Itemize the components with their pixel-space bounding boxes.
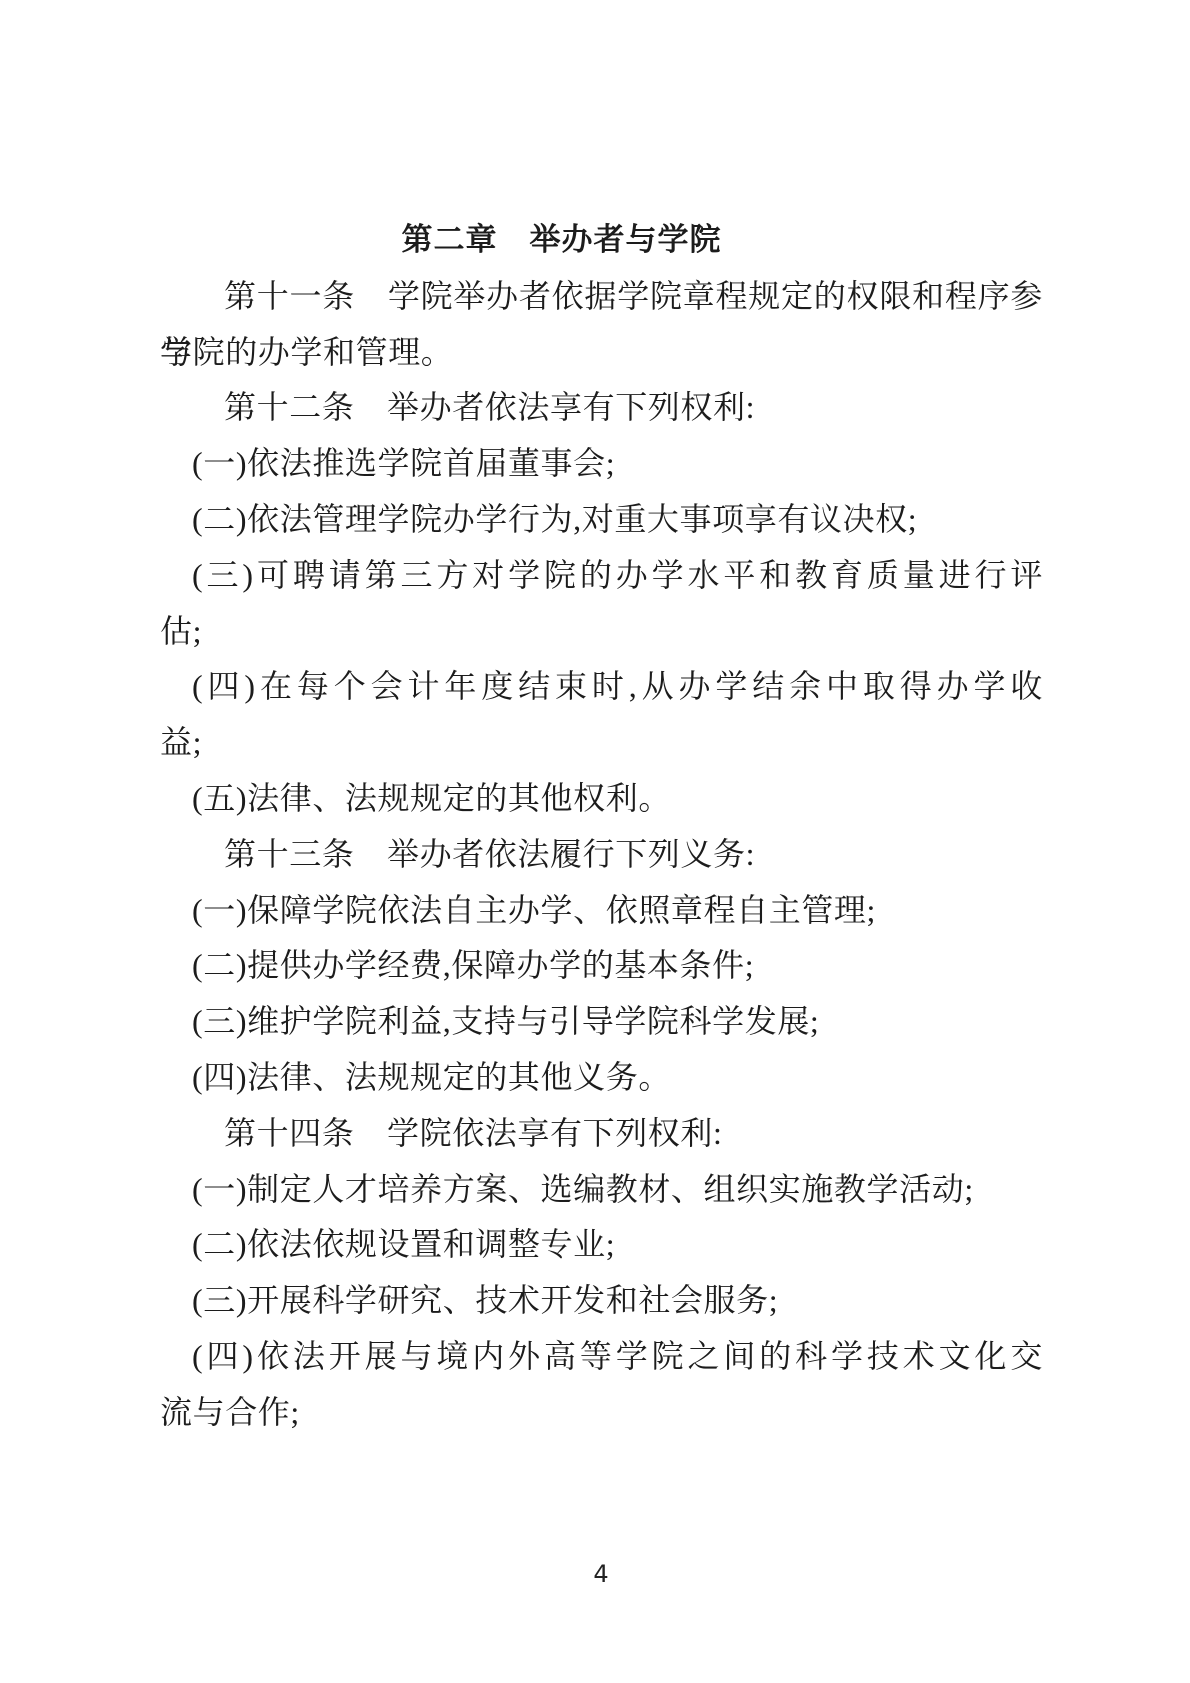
body-line: 学院的办学和管理。 <box>160 325 1043 381</box>
body-line: (三)维护学院利益,支持与引导学院科学发展; <box>160 994 1043 1050</box>
body-line: (四)依法开展与境内外高等学院之间的科学技术文化交 <box>160 1329 1043 1385</box>
body-line: 第十四条 学院依法享有下列权利: <box>160 1106 1043 1162</box>
body-line: (三)可聘请第三方对学院的办学水平和教育质量进行评 <box>160 548 1043 604</box>
body-line: (二)依法管理学院办学行为,对重大事项享有议决权; <box>160 492 1043 548</box>
document-body: 第二章 举办者与学院 第十一条 学院举办者依据学院章程规定的权限和程序参与 学院… <box>160 213 1043 1441</box>
body-line: (三)开展科学研究、技术开发和社会服务; <box>160 1273 1043 1329</box>
body-line: (一)依法推选学院首届董事会; <box>160 436 1043 492</box>
body-line: (四)法律、法规规定的其他义务。 <box>160 1050 1043 1106</box>
body-line: 第十二条 举办者依法享有下列权利: <box>160 380 1043 436</box>
body-line: 第十三条 举办者依法履行下列义务: <box>160 827 1043 883</box>
document-page: 第二章 举办者与学院 第十一条 学院举办者依据学院章程规定的权限和程序参与 学院… <box>0 0 1190 1683</box>
body-line: (二)提供办学经费,保障办学的基本条件; <box>160 938 1043 994</box>
chapter-heading: 第二章 举办者与学院 <box>160 213 1043 269</box>
body-line: 估; <box>160 604 1043 660</box>
body-line: (一)保障学院依法自主办学、依照章程自主管理; <box>160 883 1043 939</box>
page-number: 4 <box>0 1559 1190 1589</box>
body-line: (四)在每个会计年度结束时,从办学结余中取得办学收 <box>160 659 1043 715</box>
body-line: 流与合作; <box>160 1385 1043 1441</box>
body-line: (二)依法依规设置和调整专业; <box>160 1217 1043 1273</box>
body-line: (五)法律、法规规定的其他权利。 <box>160 771 1043 827</box>
body-line: 第十一条 学院举办者依据学院章程规定的权限和程序参与 <box>160 269 1043 325</box>
body-line: 益; <box>160 715 1043 771</box>
body-line: (一)制定人才培养方案、选编教材、组织实施教学活动; <box>160 1162 1043 1218</box>
